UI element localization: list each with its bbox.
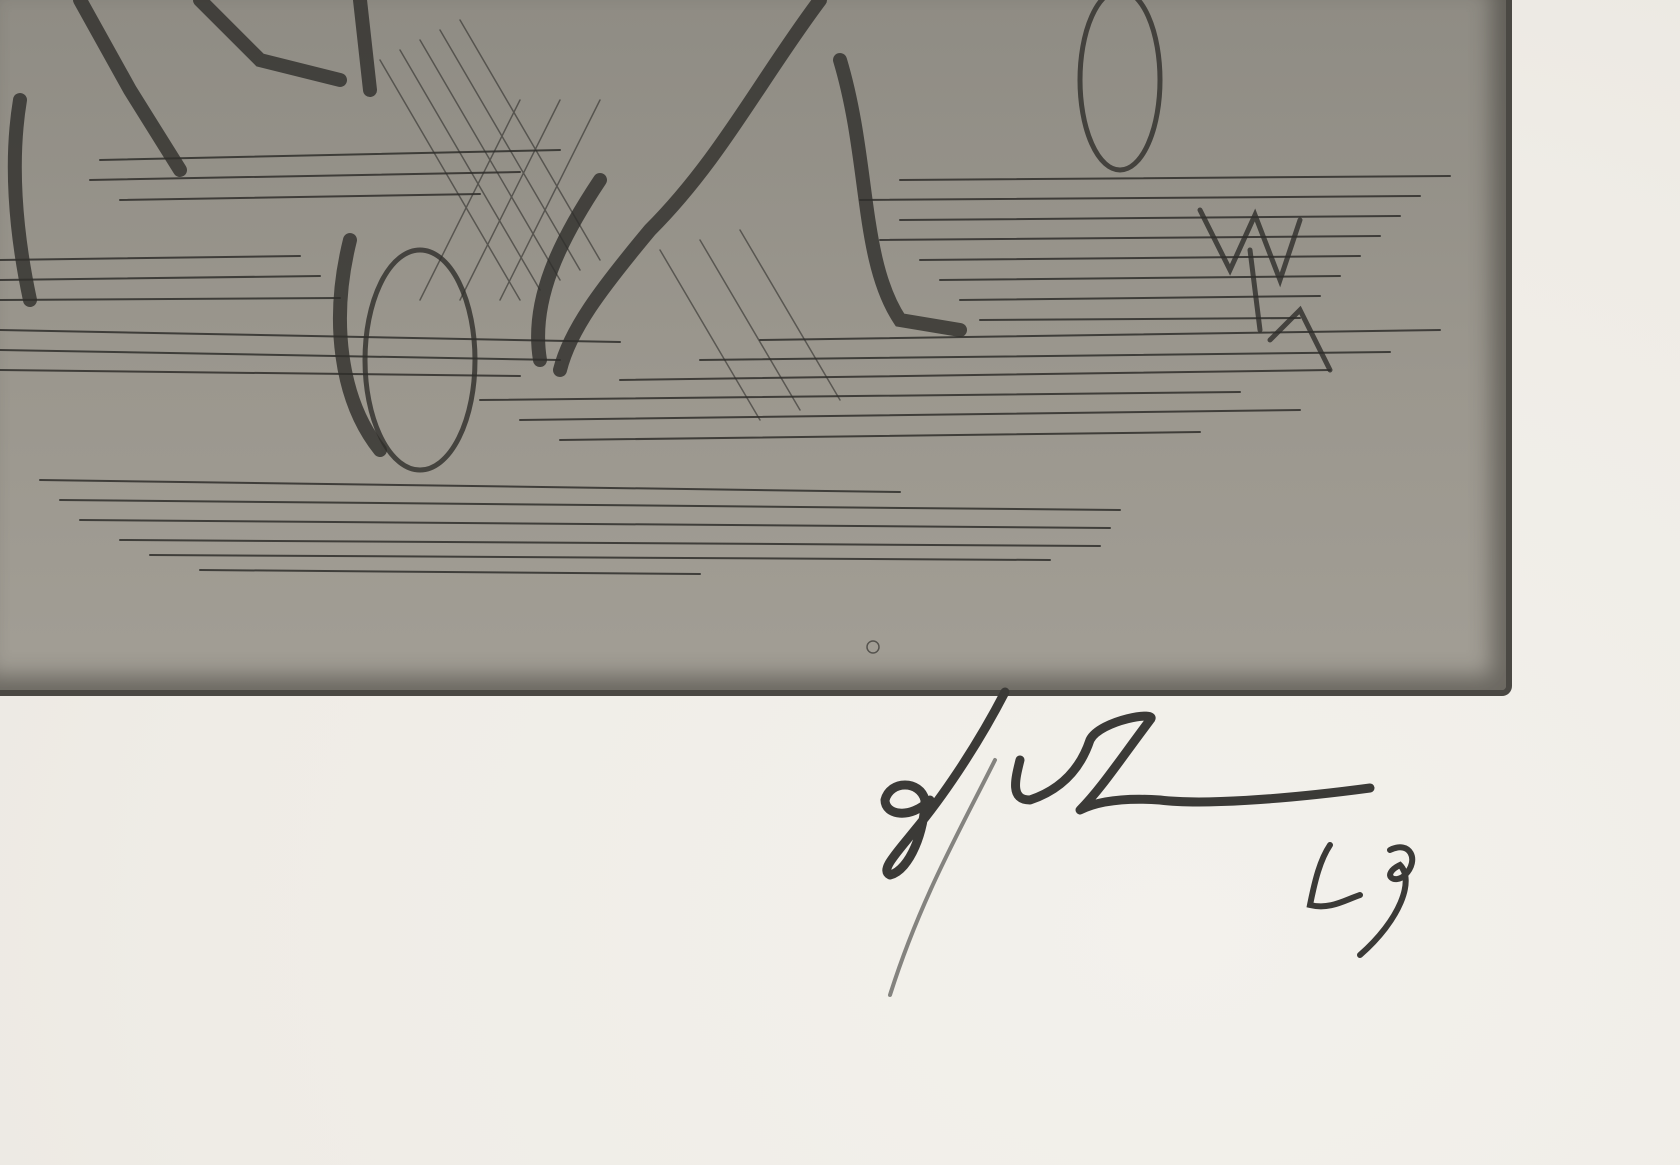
signature-g: [885, 692, 1005, 875]
signature-descender: [890, 760, 995, 995]
signature-sh: [1016, 716, 1370, 810]
date-strokes: [1310, 845, 1412, 955]
etching-plate: [0, 0, 1512, 696]
print-sheet: WA Gsh '49: [0, 0, 1680, 1165]
etching-lines: [0, 0, 1506, 690]
